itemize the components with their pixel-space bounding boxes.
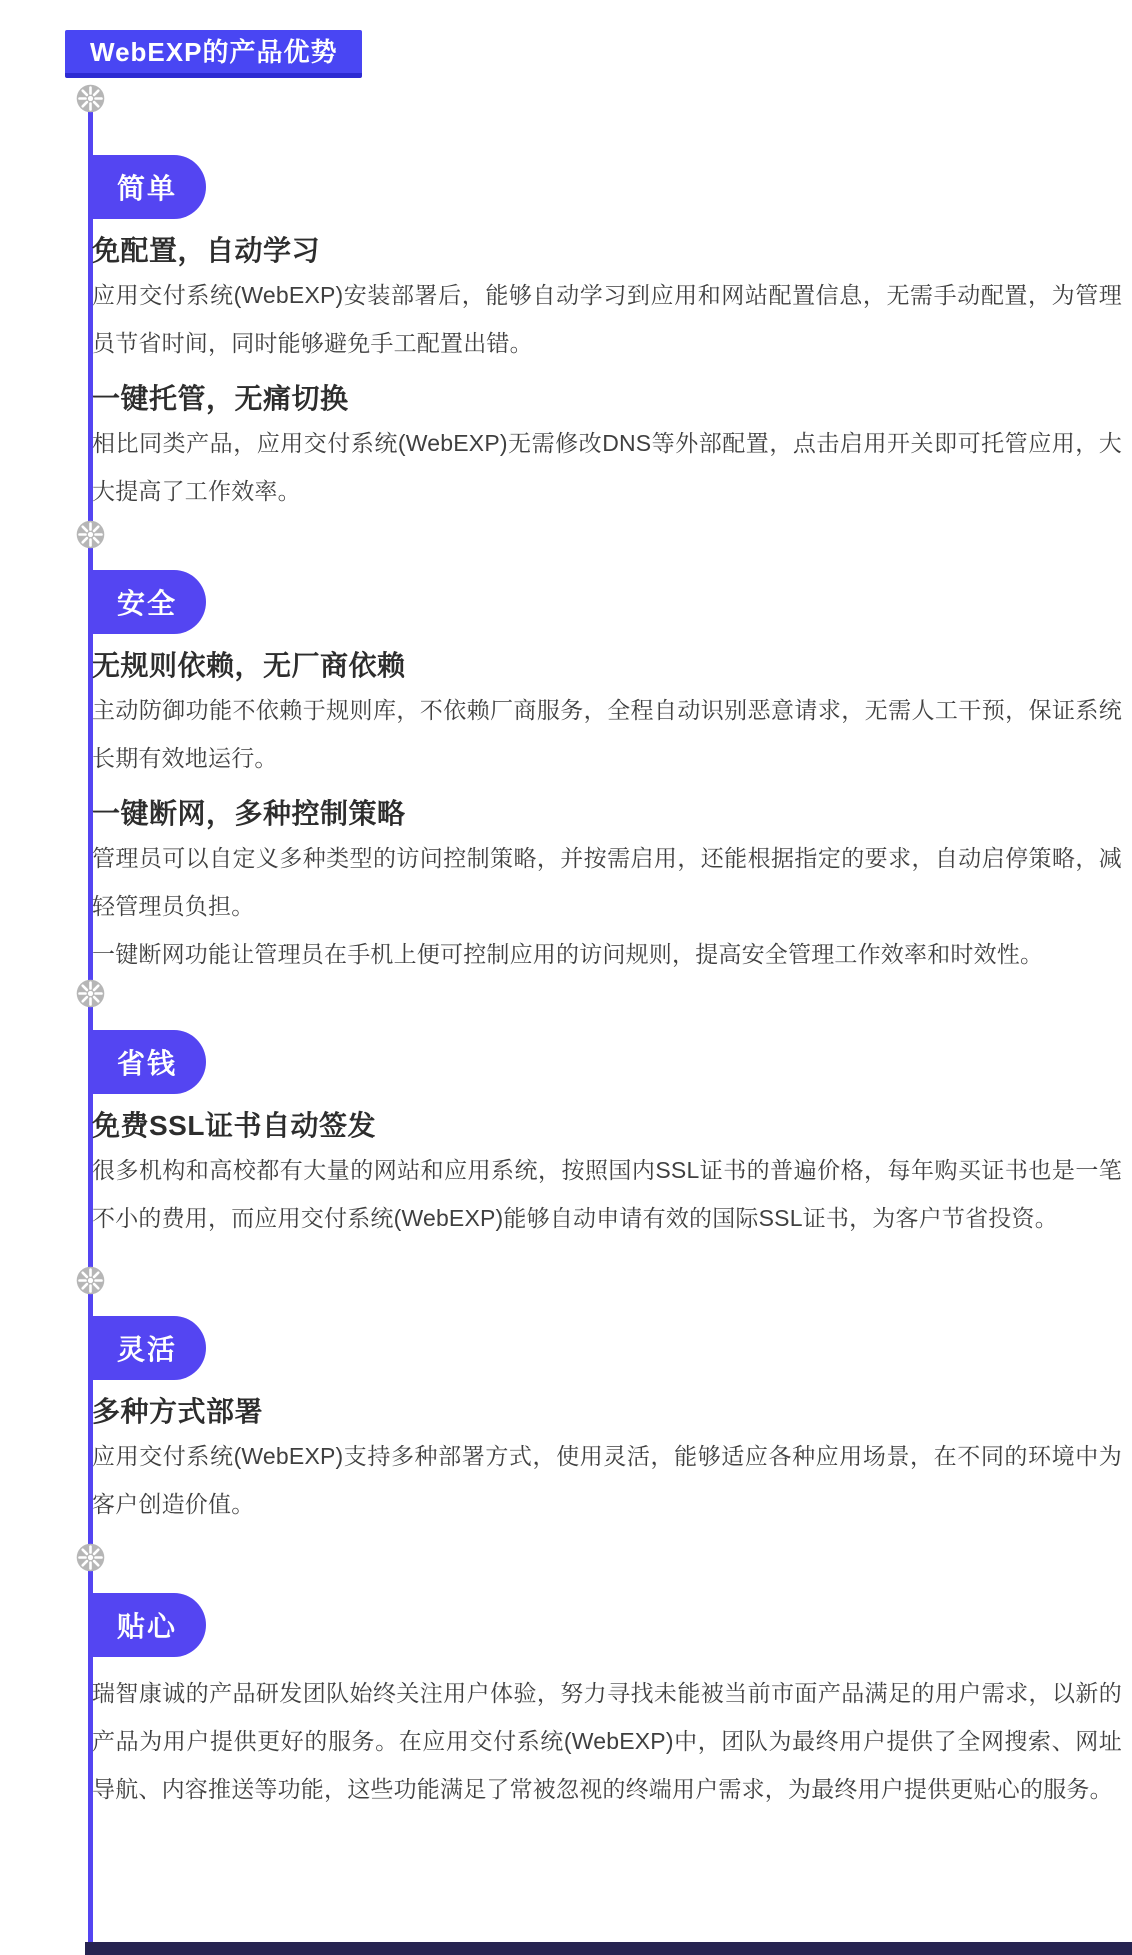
section-badge-considerate: 贴心 — [88, 1593, 206, 1657]
section-badge-flexible: 灵活 — [88, 1316, 206, 1380]
feature-heading: 无规则依赖，无厂商依赖 — [92, 648, 1132, 684]
feature-paragraph: 一键断网功能让管理员在手机上便可控制应用的访问规则，提高安全管理工作效率和时效性… — [92, 930, 1122, 978]
timeline-node-star-icon — [76, 520, 105, 549]
bottom-cropped-bar — [85, 1942, 1132, 1955]
feature-paragraph: 瑞智康诚的产品研发团队始终关注用户体验，努力寻找未能被当前市面产品满足的用户需求… — [92, 1669, 1122, 1813]
section-badge-security: 安全 — [88, 570, 206, 634]
feature-heading: 一键断网，多种控制策略 — [92, 796, 1132, 832]
timeline-node-star-icon — [76, 979, 105, 1008]
section-flexible: 灵活 多种方式部署 应用交付系统(WebEXP)支持多种部署方式，使用灵活，能够… — [88, 1316, 1132, 1528]
feature-paragraph: 应用交付系统(WebEXP)安装部署后，能够自动学习到应用和网站配置信息，无需手… — [92, 271, 1122, 367]
section-simple: 简单 免配置，自动学习 应用交付系统(WebEXP)安装部署后，能够自动学习到应… — [88, 155, 1132, 515]
feature-paragraph: 应用交付系统(WebEXP)支持多种部署方式，使用灵活，能够适应各种应用场景，在… — [92, 1432, 1122, 1528]
feature-paragraph: 很多机构和高校都有大量的网站和应用系统，按照国内SSL证书的普遍价格，每年购买证… — [92, 1146, 1122, 1242]
feature-heading: 多种方式部署 — [92, 1394, 1132, 1430]
feature-heading: 一键托管，无痛切换 — [92, 381, 1132, 417]
section-cost-saving: 省钱 免费SSL证书自动签发 很多机构和高校都有大量的网站和应用系统，按照国内S… — [88, 1030, 1132, 1242]
timeline-node-star-icon — [76, 84, 105, 113]
feature-paragraph: 相比同类产品，应用交付系统(WebEXP)无需修改DNS等外部配置，点击启用开关… — [92, 419, 1122, 515]
section-badge-simple: 简单 — [88, 155, 206, 219]
feature-paragraph: 主动防御功能不依赖于规则库，不依赖厂商服务，全程自动识别恶意请求，无需人工干预，… — [92, 686, 1122, 782]
feature-heading: 免费SSL证书自动签发 — [92, 1108, 1132, 1144]
section-security: 安全 无规则依赖，无厂商依赖 主动防御功能不依赖于规则库，不依赖厂商服务，全程自… — [88, 570, 1132, 978]
feature-paragraph: 管理员可以自定义多种类型的访问控制策略，并按需启用，还能根据指定的要求，自动启停… — [92, 834, 1122, 930]
timeline-node-star-icon — [76, 1266, 105, 1295]
feature-heading: 免配置，自动学习 — [92, 233, 1132, 269]
page-title: WebEXP的产品优势 — [65, 30, 362, 78]
page: WebEXP的产品优势 简单 免配置，自动学习 应用交付系统(WebEXP)安装… — [0, 0, 1132, 1955]
timeline-node-star-icon — [76, 1543, 105, 1572]
section-badge-cost-saving: 省钱 — [88, 1030, 206, 1094]
section-considerate: 贴心 瑞智康诚的产品研发团队始终关注用户体验，努力寻找未能被当前市面产品满足的用… — [88, 1593, 1132, 1813]
